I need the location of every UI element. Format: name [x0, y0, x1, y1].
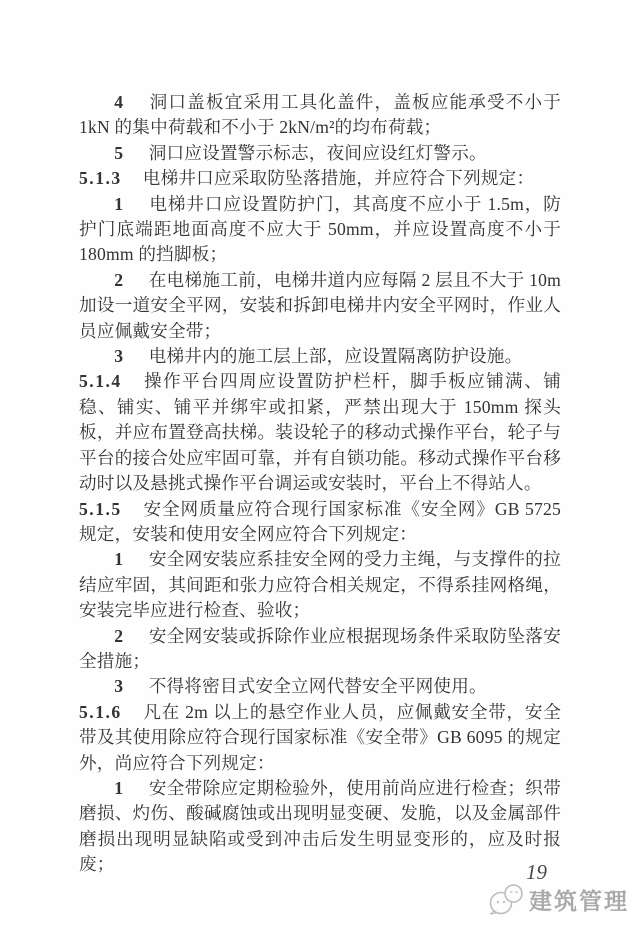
paragraph-text: 凡在 2m 以上的悬空作业人员，应佩戴安全带，安全带及其使用除应符合现行国家标准… — [79, 702, 561, 773]
paragraph: 3不得将密目式安全立网代替安全平网使用。 — [79, 674, 561, 699]
paragraph: 2在电梯施工前，电梯井道内应每隔 2 层且不大于 10m 加设一道安全平网，安装… — [79, 268, 561, 344]
paragraph: 5.1.3电梯井口应采取防坠落措施，并应符合下列规定： — [79, 166, 561, 191]
paragraph-text: 电梯井口应采取防坠落措施，并应符合下列规定： — [143, 168, 534, 188]
document-body: 4洞口盖板宜采用工具化盖件，盖板应能承受不小于 1kN 的集中荷载和不小于 2k… — [79, 90, 561, 878]
paragraph-number: 1 — [114, 549, 123, 569]
paragraph: 5洞口应设置警示标志，夜间应设红灯警示。 — [79, 141, 561, 166]
paragraph: 1安全带除应定期检验外，使用前尚应进行检查；织带磨损、灼伤、酸碱腐蚀或出现明显变… — [79, 776, 561, 878]
paragraph-number: 2 — [114, 626, 123, 646]
paragraph-number: 5.1.5 — [79, 499, 122, 519]
paragraph-text: 安全网安装应系挂安全网的受力主绳，与支撑件的拉结应牢固，其间距和张力应符合相关规… — [79, 549, 561, 620]
paragraph-number: 2 — [114, 270, 123, 290]
paragraph-number: 3 — [114, 676, 123, 696]
paragraph-text: 洞口盖板宜采用工具化盖件，盖板应能承受不小于 1kN 的集中荷载和不小于 2kN… — [79, 92, 561, 137]
paragraph-text: 电梯井口应设置防护门，其高度不应小于 1.5m，防护门底端距地面高度不应大于 5… — [79, 194, 561, 265]
paragraph-number: 5.1.4 — [79, 371, 122, 391]
paragraph: 5.1.5安全网质量应符合现行国家标准《安全网》GB 5725 规定，安装和使用… — [79, 497, 561, 548]
paragraph: 1安全网安装应系挂安全网的受力主绳，与支撑件的拉结应牢固，其间距和张力应符合相关… — [79, 547, 561, 623]
wechat-chat-bubbles-icon — [487, 883, 525, 916]
paragraph-number: 1 — [114, 194, 123, 214]
paragraph-number: 1 — [114, 778, 123, 798]
paragraph: 3电梯井内的施工层上部，应设置隔离防护设施。 — [79, 344, 561, 369]
paragraph-text: 安全带除应定期检验外，使用前尚应进行检查；织带磨损、灼伤、酸碱腐蚀或出现明显变硬… — [79, 778, 561, 874]
page-number: 19 — [526, 860, 547, 885]
paragraph: 5.1.6凡在 2m 以上的悬空作业人员，应佩戴安全带，安全带及其使用除应符合现… — [79, 700, 561, 776]
watermark: 建筑管理 — [487, 883, 629, 916]
paragraph-text: 操作平台四周应设置防护栏杆，脚手板应铺满、铺稳、铺实、铺平并绑牢或扣紧，严禁出现… — [79, 371, 561, 493]
paragraph-text: 洞口应设置警示标志，夜间应设红灯警示。 — [149, 143, 487, 163]
paragraph: 4洞口盖板宜采用工具化盖件，盖板应能承受不小于 1kN 的集中荷载和不小于 2k… — [79, 90, 561, 141]
paragraph-text: 安全网质量应符合现行国家标准《安全网》GB 5725 规定，安装和使用安全网应符… — [79, 499, 561, 544]
paragraph-text: 在电梯施工前，电梯井道内应每隔 2 层且不大于 10m 加设一道安全平网，安装和… — [79, 270, 561, 341]
paragraph-number: 5 — [114, 143, 123, 163]
paragraph-number: 4 — [114, 92, 123, 112]
paragraph-number: 5.1.6 — [79, 702, 122, 722]
paragraph-number: 3 — [114, 346, 123, 366]
paragraph: 1电梯井口应设置防护门，其高度不应小于 1.5m，防护门底端距地面高度不应大于 … — [79, 192, 561, 268]
paragraph: 5.1.4操作平台四周应设置防护栏杆，脚手板应铺满、铺稳、铺实、铺平并绑牢或扣紧… — [79, 369, 561, 496]
paragraph: 2安全网安装或拆除作业应根据现场条件采取防坠落安全措施； — [79, 624, 561, 675]
paragraph-text: 电梯井内的施工层上部，应设置隔离防护设施。 — [149, 346, 523, 366]
paragraph-text: 安全网安装或拆除作业应根据现场条件采取防坠落安全措施； — [79, 626, 561, 671]
paragraph-text: 不得将密目式安全立网代替安全平网使用。 — [149, 676, 487, 696]
paragraph-number: 5.1.3 — [79, 168, 122, 188]
document-page: 4洞口盖板宜采用工具化盖件，盖板应能承受不小于 1kN 的集中荷载和不小于 2k… — [0, 0, 640, 927]
watermark-label: 建筑管理 — [529, 883, 629, 916]
